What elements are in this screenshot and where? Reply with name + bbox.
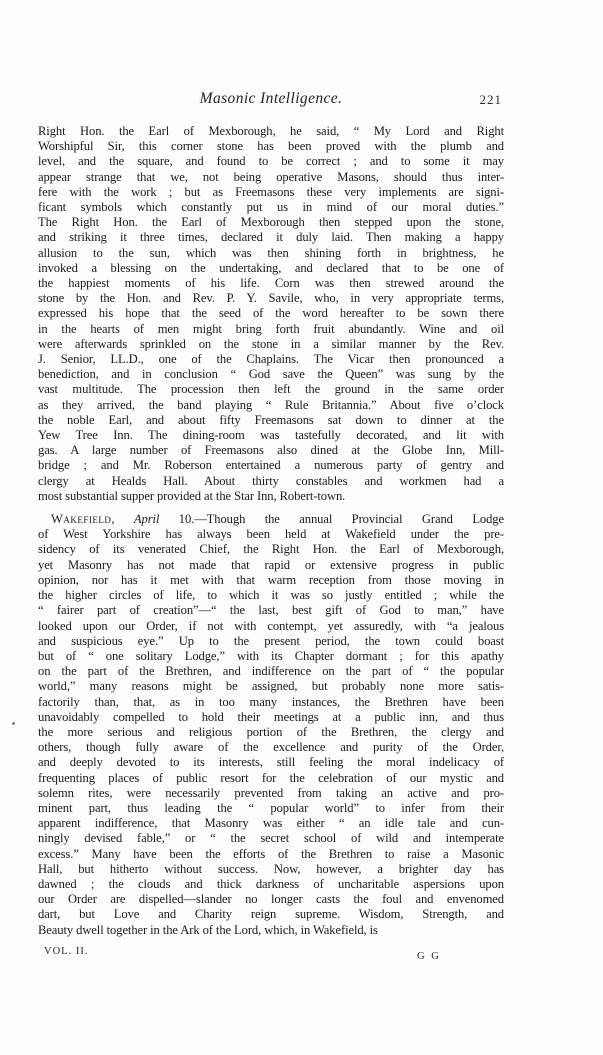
text-line: appear strange that we, not being operat… — [38, 170, 504, 185]
text-line: vast multitude. The procession then left… — [38, 382, 504, 397]
text-line: our Order are dispelled—slander no longe… — [38, 892, 504, 907]
text-line: Yew Tree Inn. The dining-room was tastef… — [38, 428, 504, 443]
paragraph: Wakefield, April 10.—Though the annual P… — [38, 512, 504, 938]
text-line: were afterwards sprinkled on the stone i… — [38, 337, 504, 352]
text-line: yet Masonry has not made that rapid or e… — [38, 558, 504, 573]
text-line: minent part, thus leading the “ popular … — [38, 801, 504, 816]
text-line: dawned ; the clouds and thick darkness o… — [38, 877, 504, 892]
text-segment: 10.—Though the annual Provincial Grand L… — [159, 512, 504, 526]
text-line: level, and the square, and found to be c… — [38, 154, 504, 169]
text-line: invoked a blessing on the undertaking, a… — [38, 261, 504, 276]
article-body: Right Hon. the Earl of Mexborough, he sa… — [38, 124, 504, 938]
text-line: bridge ; and Mr. Roberson entertained a … — [38, 458, 504, 473]
text-line: the higher circles of life, to which it … — [38, 588, 504, 603]
text-line: the happiest moments of his life. Corn w… — [38, 276, 504, 291]
text-line: The Right Hon. the Earl of Mexborough th… — [38, 215, 504, 230]
text-line: Hall, but hitherto without success. Now,… — [38, 862, 504, 877]
text-line: most substantial supper provided at the … — [38, 489, 504, 504]
printers-signature: G G — [417, 951, 441, 962]
text-line: Beauty dwell together in the Ark of the … — [38, 923, 504, 938]
smallcaps-text: Wakefield — [51, 512, 111, 526]
text-line: of West Yorkshire has always been held a… — [38, 527, 504, 542]
text-line: factorily than, that, as in too many ins… — [38, 695, 504, 710]
running-title: Masonic Intelligence. — [38, 90, 504, 108]
text-line: others, though fully aware of the excell… — [38, 740, 504, 755]
text-line: as they arrived, the band playing “ Rule… — [38, 398, 504, 413]
page-header: Masonic Intelligence. 221 — [38, 90, 504, 112]
text-line: sidency of its venerated Chief, the Righ… — [38, 542, 504, 557]
text-line: but of “ one solitary Lodge,” with its C… — [38, 649, 504, 664]
text-line: frequenting places of public resort for … — [38, 771, 504, 786]
text-line: world,” many reasons might be assigned, … — [38, 679, 504, 694]
text-line: and striking it three times, declared it… — [38, 230, 504, 245]
scanned-page: Masonic Intelligence. 221 Right Hon. the… — [0, 0, 603, 1055]
volume-label: VOL. II. — [44, 946, 88, 957]
text-line: dart, but Love and Charity reign supreme… — [38, 907, 504, 922]
paragraph: Right Hon. the Earl of Mexborough, he sa… — [38, 124, 504, 504]
text-line: “ fairer part of creation”—“ the last, b… — [38, 603, 504, 618]
text-line: unavoidably compelled to hold their meet… — [38, 710, 504, 725]
text-line: ningly devised fable,” or “ the secret s… — [38, 831, 504, 846]
text-line: allusion to the sun, which was then shin… — [38, 246, 504, 261]
text-line: apparent indifference, that Masonry was … — [38, 816, 504, 831]
text-line: in the hearts of men might bring forth f… — [38, 322, 504, 337]
text-line: ficant symbols which constantly put us i… — [38, 200, 504, 215]
page-footer: VOL. II. G G — [0, 944, 603, 964]
text-line: expressed his hope that the seed of the … — [38, 306, 504, 321]
page-number: 221 — [480, 92, 503, 108]
text-line: Right Hon. the Earl of Mexborough, he sa… — [38, 124, 504, 139]
text-line: the more serious and religious portion o… — [38, 725, 504, 740]
text-line: the noble Earl, and about fifty Freemaso… — [38, 413, 504, 428]
scan-speckle — [12, 722, 15, 725]
text-line: benediction, and in conclusion “ God sav… — [38, 367, 504, 382]
text-line: solemn rites, were necessarily prevented… — [38, 786, 504, 801]
text-line: excess.” Many have been the efforts of t… — [38, 847, 504, 862]
text-line: clergy at Healds Hall. About thirty cons… — [38, 474, 504, 489]
text-line: gas. A large number of Freemasons also d… — [38, 443, 504, 458]
text-line: Wakefield, April 10.—Though the annual P… — [38, 512, 504, 527]
text-line: fere with the work ; but as Freemasons t… — [38, 185, 504, 200]
text-line: on the part of the Brethren, and indiffe… — [38, 664, 504, 679]
italic-text: April — [134, 512, 159, 526]
text-line: and deeply devoted to its interests, sti… — [38, 755, 504, 770]
text-segment: , — [111, 512, 134, 526]
text-line: J. Senior, LL.D., one of the Chaplains. … — [38, 352, 504, 367]
text-line: stone by the Hon. and Rev. P. Y. Savile,… — [38, 291, 504, 306]
text-line: looked upon our Order, if not with conte… — [38, 619, 504, 634]
text-line: opinion, nor has it met with that warm r… — [38, 573, 504, 588]
text-line: and suspicious eye.” Up to the present p… — [38, 634, 504, 649]
text-line: Worshipful Sir, this corner stone has be… — [38, 139, 504, 154]
